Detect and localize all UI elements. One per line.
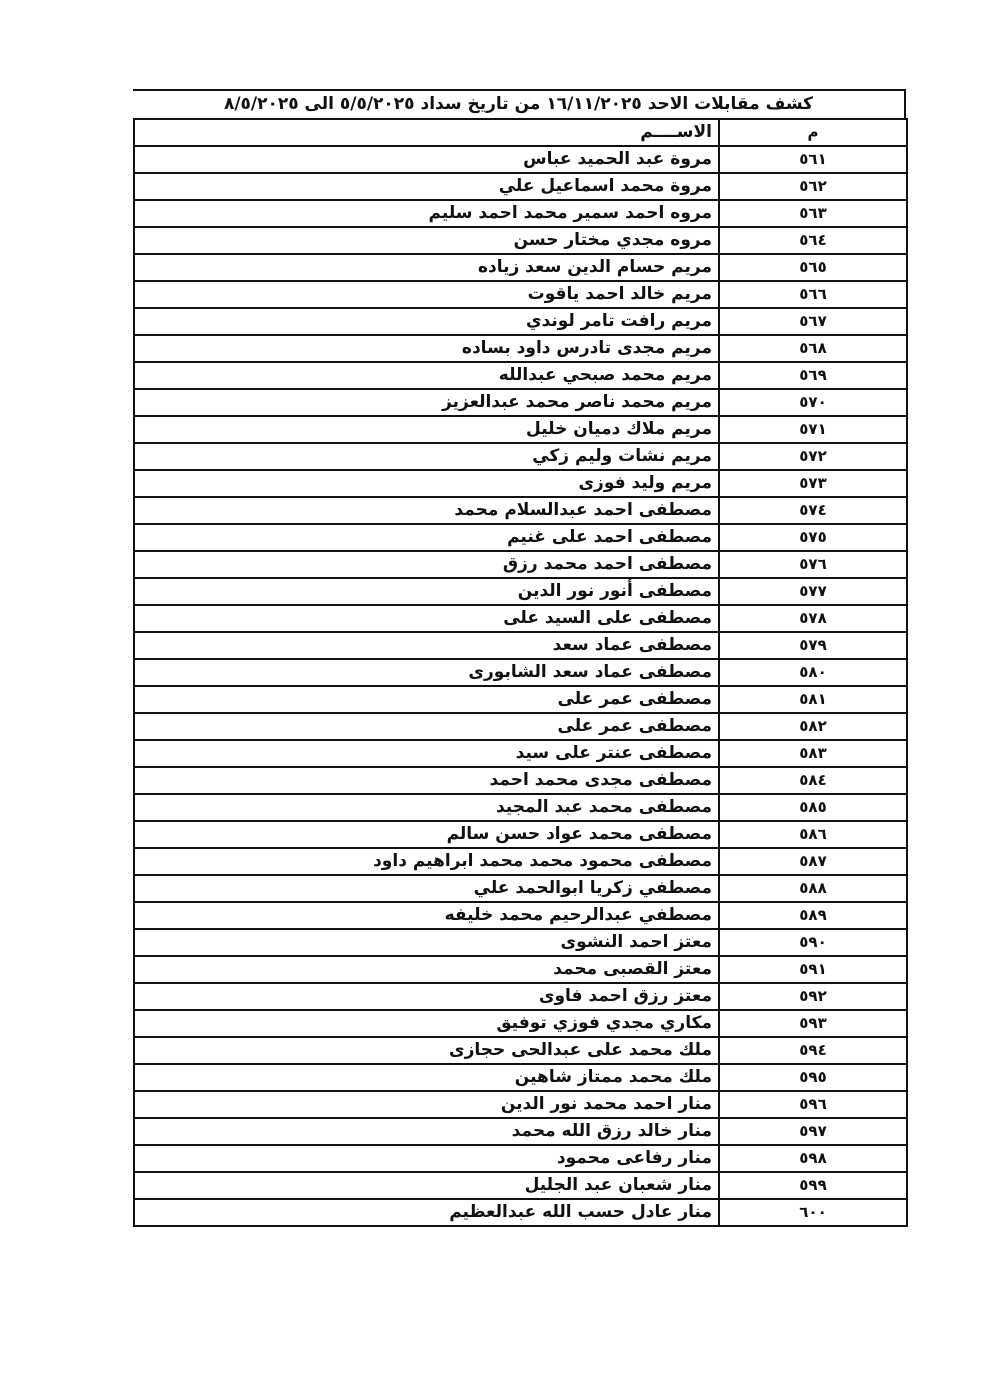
row-name: مصطفى احمد محمد رزق — [134, 551, 719, 578]
row-number: ٥٦٦ — [719, 281, 907, 308]
row-name: مروه مجدي مختار حسن — [134, 227, 719, 254]
row-number: ٥٩٥ — [719, 1064, 907, 1091]
row-name: منار رفاعى محمود — [134, 1145, 719, 1172]
row-name: معتز رزق احمد فاوى — [134, 983, 719, 1010]
row-name: مريم خالد احمد ياقوت — [134, 281, 719, 308]
row-number: ٥٨٩ — [719, 902, 907, 929]
row-number: ٥٧١ — [719, 416, 907, 443]
table-row: ٥٨٥مصطفى محمد عبد المجيد — [134, 794, 907, 821]
table-row: ٥٩١معتز القصبى محمد — [134, 956, 907, 983]
row-number: ٥٨٧ — [719, 848, 907, 875]
row-number: ٥٧٦ — [719, 551, 907, 578]
table-row: ٥٨١مصطفى عمر على — [134, 686, 907, 713]
row-name: معتز القصبى محمد — [134, 956, 719, 983]
row-name: مريم محمد ناصر محمد عبدالعزيز — [134, 389, 719, 416]
table-row: ٥٩٩منار شعبان عبد الجليل — [134, 1172, 907, 1199]
row-number: ٥٧٠ — [719, 389, 907, 416]
row-number: ٥٩٦ — [719, 1091, 907, 1118]
row-number: ٥٨٤ — [719, 767, 907, 794]
table-row: ٥٩٥ملك محمد ممتاز شاهين — [134, 1064, 907, 1091]
row-number: ٥٩٠ — [719, 929, 907, 956]
row-name: مصطفي زكريا ابوالحمد علي — [134, 875, 719, 902]
table-row: ٥٩٧منار خالد رزق الله محمد — [134, 1118, 907, 1145]
row-number: ٥٩١ — [719, 956, 907, 983]
row-number: ٥٨٥ — [719, 794, 907, 821]
table-row: ٥٩٨منار رفاعى محمود — [134, 1145, 907, 1172]
row-number: ٥٧٣ — [719, 470, 907, 497]
row-name: مريم نشات وليم زكي — [134, 443, 719, 470]
row-name: مصطفى مجدى محمد احمد — [134, 767, 719, 794]
table-row: ٥٨٤مصطفى مجدى محمد احمد — [134, 767, 907, 794]
row-name: مصطفى عماد سعد — [134, 632, 719, 659]
row-number: ٥٧٧ — [719, 578, 907, 605]
row-name: مصطفى عمر على — [134, 686, 719, 713]
table-row: ٦٠٠منار عادل حسب الله عبدالعظيم — [134, 1199, 907, 1226]
row-name: مصطفى محمد عواد حسن سالم — [134, 821, 719, 848]
row-name: مصطفى محمود محمد محمد ابراهيم داود — [134, 848, 719, 875]
table-header-row: م الاســــم — [134, 119, 907, 146]
row-number: ٥٧٩ — [719, 632, 907, 659]
row-number: ٥٦٨ — [719, 335, 907, 362]
table-row: ٥٧٦مصطفى احمد محمد رزق — [134, 551, 907, 578]
table-row: ٥٩٤ملك محمد على عبدالحى حجازى — [134, 1037, 907, 1064]
row-number: ٥٨٨ — [719, 875, 907, 902]
row-number: ٥٨٢ — [719, 713, 907, 740]
row-name: مريم مجدى تادرس داود بساده — [134, 335, 719, 362]
table-row: ٥٧٠مريم محمد ناصر محمد عبدالعزيز — [134, 389, 907, 416]
roster-table: م الاســــم ٥٦١مروة عبد الحميد عباس٥٦٢مر… — [133, 118, 908, 1227]
row-number: ٥٩٣ — [719, 1010, 907, 1037]
row-name: مصطفى احمد عبدالسلام محمد — [134, 497, 719, 524]
row-name: ملك محمد ممتاز شاهين — [134, 1064, 719, 1091]
table-row: ٥٦٥مريم حسام الدين سعد زياده — [134, 254, 907, 281]
table-row: ٥٧٣مريم وليد فوزى — [134, 470, 907, 497]
table-row: ٥٧٤مصطفى احمد عبدالسلام محمد — [134, 497, 907, 524]
row-number: ٥٩٩ — [719, 1172, 907, 1199]
row-number: ٥٧٢ — [719, 443, 907, 470]
table-row: ٥٧٧مصطفى أنور نور الدين — [134, 578, 907, 605]
row-name: مروة عبد الحميد عباس — [134, 146, 719, 173]
row-name: مصطفى محمد عبد المجيد — [134, 794, 719, 821]
row-name: مصطفى احمد على غنيم — [134, 524, 719, 551]
table-row: ٥٨٣مصطفى عنتر على سيد — [134, 740, 907, 767]
row-name: مريم محمد صبحي عبدالله — [134, 362, 719, 389]
table-row: ٥٦٣مروه احمد سمير محمد احمد سليم — [134, 200, 907, 227]
row-name: معتز احمد النشوى — [134, 929, 719, 956]
roster-body: ٥٦١مروة عبد الحميد عباس٥٦٢مروة محمد اسما… — [134, 146, 907, 1226]
row-name: مصطفى عنتر على سيد — [134, 740, 719, 767]
row-number: ٥٧٨ — [719, 605, 907, 632]
document-title: كشف مقابلات الاحد ١٦/١١/٢٠٢٥ من تاريخ سد… — [133, 89, 906, 118]
row-name: مصطفى أنور نور الدين — [134, 578, 719, 605]
table-row: ٥٧٨مصطفى على السيد على — [134, 605, 907, 632]
table-row: ٥٧٥مصطفى احمد على غنيم — [134, 524, 907, 551]
row-number: ٥٦٤ — [719, 227, 907, 254]
table-row: ٥٧٩مصطفى عماد سعد — [134, 632, 907, 659]
table-row: ٥٨٦مصطفى محمد عواد حسن سالم — [134, 821, 907, 848]
row-number: ٥٧٤ — [719, 497, 907, 524]
column-header-number: م — [719, 119, 907, 146]
table-row: ٥٩٦منار احمد محمد نور الدين — [134, 1091, 907, 1118]
table-row: ٥٩٣مكاري مجدي فوزي توفيق — [134, 1010, 907, 1037]
table-row: ٥٧١مريم ملاك دميان خليل — [134, 416, 907, 443]
table-row: ٥٨٢مصطفى عمر على — [134, 713, 907, 740]
row-name: ملك محمد على عبدالحى حجازى — [134, 1037, 719, 1064]
row-number: ٥٦٣ — [719, 200, 907, 227]
table-row: ٥٩٠معتز احمد النشوى — [134, 929, 907, 956]
table-row: ٥٦٤مروه مجدي مختار حسن — [134, 227, 907, 254]
row-number: ٥٦٢ — [719, 173, 907, 200]
table-row: ٥٦٦مريم خالد احمد ياقوت — [134, 281, 907, 308]
table-row: ٥٦١مروة عبد الحميد عباس — [134, 146, 907, 173]
row-number: ٥٩٨ — [719, 1145, 907, 1172]
row-name: مريم وليد فوزى — [134, 470, 719, 497]
row-name: مصطفى عماد سعد الشابورى — [134, 659, 719, 686]
table-row: ٥٨٩مصطفي عبدالرحيم محمد خليفه — [134, 902, 907, 929]
row-number: ٦٠٠ — [719, 1199, 907, 1226]
table-row: ٥٨٠مصطفى عماد سعد الشابورى — [134, 659, 907, 686]
row-number: ٥٨٣ — [719, 740, 907, 767]
row-name: مريم ملاك دميان خليل — [134, 416, 719, 443]
table-row: ٥٨٧مصطفى محمود محمد محمد ابراهيم داود — [134, 848, 907, 875]
row-name: مروة محمد اسماعيل علي — [134, 173, 719, 200]
row-name: منار احمد محمد نور الدين — [134, 1091, 719, 1118]
row-number: ٥٦٧ — [719, 308, 907, 335]
row-name: مكاري مجدي فوزي توفيق — [134, 1010, 719, 1037]
interview-roster-sheet: كشف مقابلات الاحد ١٦/١١/٢٠٢٥ من تاريخ سد… — [133, 89, 906, 1227]
row-number: ٥٨٠ — [719, 659, 907, 686]
column-header-name: الاســــم — [134, 119, 719, 146]
row-number: ٥٩٧ — [719, 1118, 907, 1145]
row-number: ٥٦٩ — [719, 362, 907, 389]
row-number: ٥٧٥ — [719, 524, 907, 551]
row-number: ٥٨٦ — [719, 821, 907, 848]
table-row: ٥٦٩مريم محمد صبحي عبدالله — [134, 362, 907, 389]
row-name: منار شعبان عبد الجليل — [134, 1172, 719, 1199]
row-number: ٥٦١ — [719, 146, 907, 173]
table-row: ٥٦٢مروة محمد اسماعيل علي — [134, 173, 907, 200]
row-name: منار عادل حسب الله عبدالعظيم — [134, 1199, 719, 1226]
row-name: مريم رافت تامر لوندي — [134, 308, 719, 335]
row-name: منار خالد رزق الله محمد — [134, 1118, 719, 1145]
row-name: مصطفي عبدالرحيم محمد خليفه — [134, 902, 719, 929]
row-number: ٥٨١ — [719, 686, 907, 713]
table-row: ٥٦٨مريم مجدى تادرس داود بساده — [134, 335, 907, 362]
row-number: ٥٩٤ — [719, 1037, 907, 1064]
table-row: ٥٦٧مريم رافت تامر لوندي — [134, 308, 907, 335]
row-number: ٥٩٢ — [719, 983, 907, 1010]
row-name: مريم حسام الدين سعد زياده — [134, 254, 719, 281]
table-row: ٥٧٢مريم نشات وليم زكي — [134, 443, 907, 470]
table-row: ٥٨٨مصطفي زكريا ابوالحمد علي — [134, 875, 907, 902]
row-name: مروه احمد سمير محمد احمد سليم — [134, 200, 719, 227]
row-name: مصطفى عمر على — [134, 713, 719, 740]
row-name: مصطفى على السيد على — [134, 605, 719, 632]
table-row: ٥٩٢معتز رزق احمد فاوى — [134, 983, 907, 1010]
row-number: ٥٦٥ — [719, 254, 907, 281]
